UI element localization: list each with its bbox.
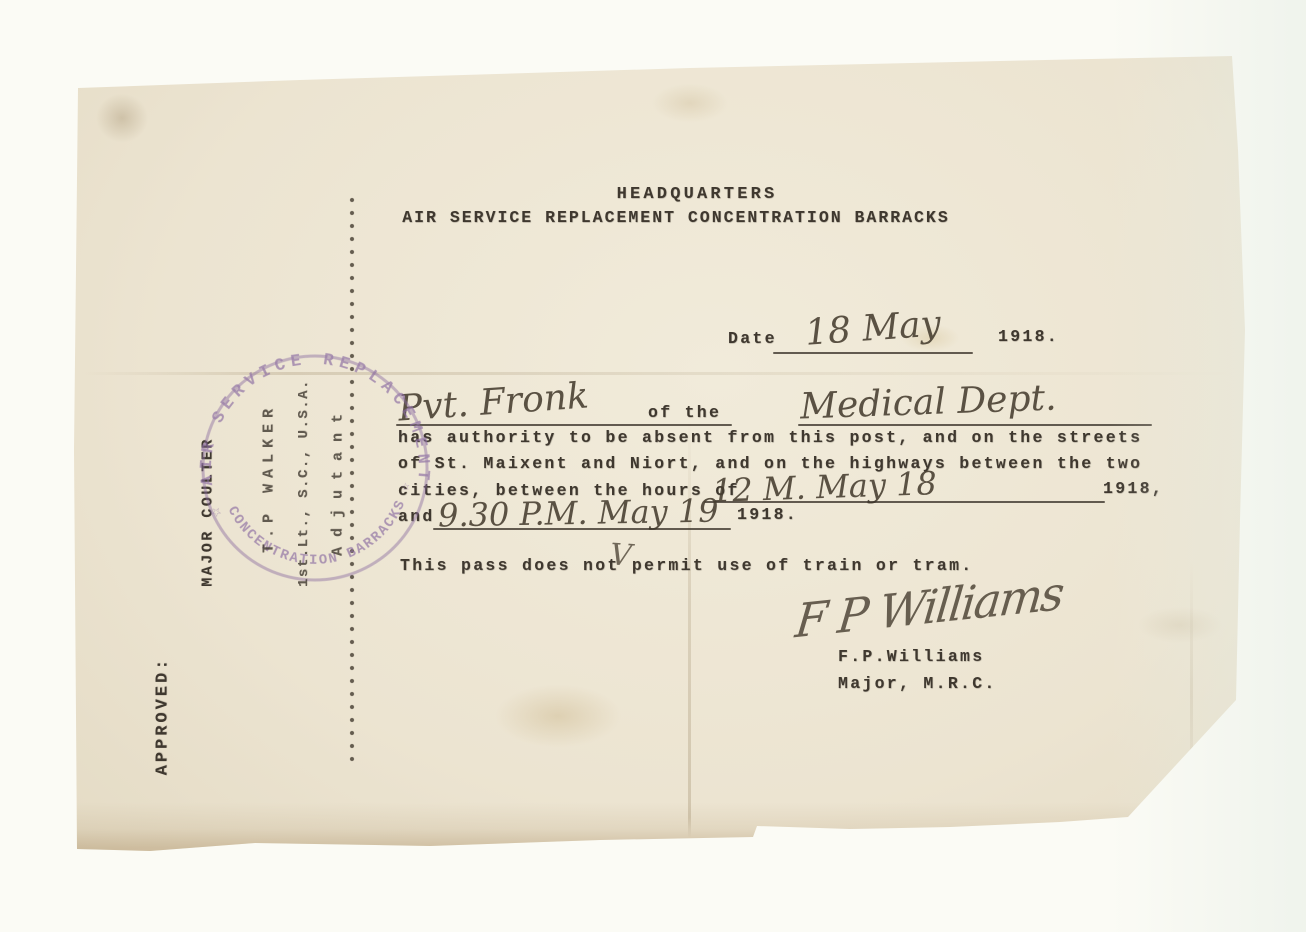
circular-rubber-stamp: ☆ AIR SERVICE REPLACEMENT CONCENTRATION … <box>182 335 449 602</box>
handwritten-unit: Medical Dept. <box>799 378 1057 428</box>
header-line-1: HEADQUARTERS <box>617 185 778 204</box>
unit-underline <box>798 424 1152 426</box>
handwritten-hours-start: 12 M. May 18 <box>711 464 937 510</box>
signature-typed-name: F.P.Williams <box>838 647 984 666</box>
date-underline <box>773 352 973 354</box>
hours-end-underline <box>433 528 731 530</box>
signature-script: F P Williams <box>793 566 1065 649</box>
scanned-document-photo: HEADQUARTERS AIR SERVICE REPLACEMENT CON… <box>0 0 1306 932</box>
body-line-3-year: 1918, <box>1103 479 1164 498</box>
date-label: Date <box>728 329 777 348</box>
right-crease <box>1190 560 1193 830</box>
name-underline <box>396 424 732 426</box>
date-year: 1918. <box>998 327 1059 346</box>
of-the-label: of the <box>648 403 721 422</box>
body-line-1: has authority to be absent from this pos… <box>398 428 1142 447</box>
svg-text:CONCENTRATION BARRACKS ☆: CONCENTRATION BARRACKS ☆ <box>223 477 425 581</box>
stamp-officer-name: T.P WALKER <box>261 403 278 553</box>
hours-underline <box>704 501 1105 503</box>
signature-typed-title: Major, M.R.C. <box>838 674 997 693</box>
stamp-officer-rank: 1st.Lt., S.C., U.S.A. <box>296 379 312 587</box>
approved-label: APPROVED: <box>154 657 173 776</box>
document-paper: HEADQUARTERS AIR SERVICE REPLACEMENT CON… <box>0 0 1306 932</box>
handwritten-date: 18 May <box>804 303 942 353</box>
notice-line: This pass does not permit use of train o… <box>400 556 973 575</box>
stamp-arc-bottom-text: CONCENTRATION BARRACKS ☆ <box>223 477 425 581</box>
body-line-4-year: 1918. <box>737 505 798 524</box>
header-line-2: AIR SERVICE REPLACEMENT CONCENTRATION BA… <box>402 208 949 227</box>
stamp-officer-title: Adjutant <box>330 404 347 556</box>
